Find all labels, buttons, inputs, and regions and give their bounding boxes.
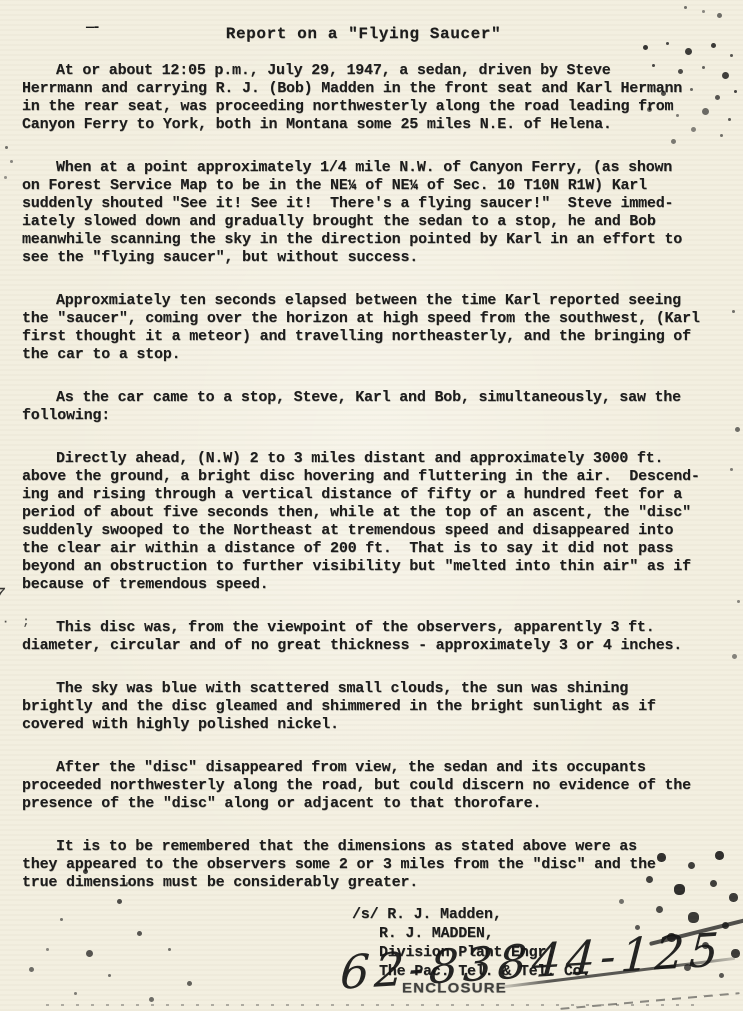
text-line: After the "disc" disappeared from view, … [22,759,725,777]
text-line: Directly ahead, (N.W) 2 to 3 miles dista… [22,450,725,468]
text-line: first thought it a meteor) and travellin… [22,328,725,346]
text-line: they appeared to the observers some 2 or… [22,856,725,874]
paragraph: This disc was, from the viewpoint of the… [22,619,725,655]
text-line: on Forest Service Map to be in the NE¼ o… [22,177,725,195]
scan-noise-bottom-left [18,862,21,865]
text-line: brightly and the disc gleamed and shimme… [22,698,725,716]
text-line: As the car came to a stop, Steve, Karl a… [22,389,725,407]
text-line: meanwhile scanning the sky in the direct… [22,231,725,249]
text-line: because of tremendous speed. [22,576,725,594]
text-line: The sky was blue with scattered small cl… [22,680,725,698]
paragraph: The sky was blue with scattered small cl… [22,680,725,734]
text-line: period of about five seconds then, while… [22,504,725,522]
paragraph: Directly ahead, (N.W) 2 to 3 miles dista… [22,450,725,594]
text-line: presence of the "disc" along or adjacent… [22,795,725,813]
text-line: iately slowed down and gradually brought… [22,213,725,231]
paragraph: When at a point approximately 1/4 mile N… [22,159,725,267]
scan-artifact-dash: —- [86,20,99,36]
text-line: the car to a stop. [22,346,725,364]
text-line: At or about 12:05 p.m., July 29, 1947, a… [22,62,725,80]
paragraph: At or about 12:05 p.m., July 29, 1947, a… [22,62,725,134]
text-line: Canyon Ferry to York, both in Montana so… [22,116,725,134]
text-line: see the "flying saucer", but without suc… [22,249,725,267]
text-line: true dimensions must be considerably gre… [22,874,725,892]
scan-noise-top-edge [680,4,683,7]
text-line: ing and rising through a vertical distan… [22,486,725,504]
text-line: above the ground, a bright disc hovering… [22,468,725,486]
scan-noise-right-edge [728,300,731,303]
scan-noise-bottom-right [600,848,603,851]
text-line: suddenly shouted "See it! See it! There'… [22,195,725,213]
text-line: When at a point approximately 1/4 mile N… [22,159,725,177]
paragraph: As the car came to a stop, Steve, Karl a… [22,389,725,425]
scan-smudge-streak [560,992,739,1010]
text-line: the clear air within a distance of 200 f… [22,540,725,558]
scan-artifact-margin-dots: · ; [2,615,33,629]
text-line: It is to be remembered that the dimensio… [22,838,725,856]
text-line: This disc was, from the viewpoint of the… [22,619,725,637]
text-line: following: [22,407,725,425]
paragraph: It is to be remembered that the dimensio… [22,838,725,892]
signature-line: /s/ R. J. Madden, [352,905,725,924]
document-title: Report on a "Flying Saucer" [22,25,705,43]
text-line: suddenly swooped to the Northeast at tre… [22,522,725,540]
text-line: the "saucer", coming over the horizon at… [22,310,725,328]
scan-noise-left-edge [2,142,5,145]
text-line: proceeded northwesterly along the road, … [22,777,725,795]
scan-artifact-margin-mark: 7 [0,586,7,602]
document-body: At or about 12:05 p.m., July 29, 1947, a… [22,62,725,892]
text-line: in the rear seat, was proceeding northwe… [22,98,725,116]
text-line: Approxmiately ten seconds elapsed betwee… [22,292,725,310]
text-line: covered with highly polished nickel. [22,716,725,734]
paragraph: Approxmiately ten seconds elapsed betwee… [22,292,725,364]
text-line: diameter, circular and of no great thick… [22,637,725,655]
scan-noise-bottom-line [46,1004,696,1006]
paragraph: After the "disc" disappeared from view, … [22,759,725,813]
document-page: —- Report on a "Flying Saucer" At or abo… [0,0,743,1011]
scan-noise-top-right [632,40,635,43]
text-line: beyond an obstruction to further visibil… [22,558,725,576]
text-line: Herrmann and carrying R. J. (Bob) Madden… [22,80,725,98]
